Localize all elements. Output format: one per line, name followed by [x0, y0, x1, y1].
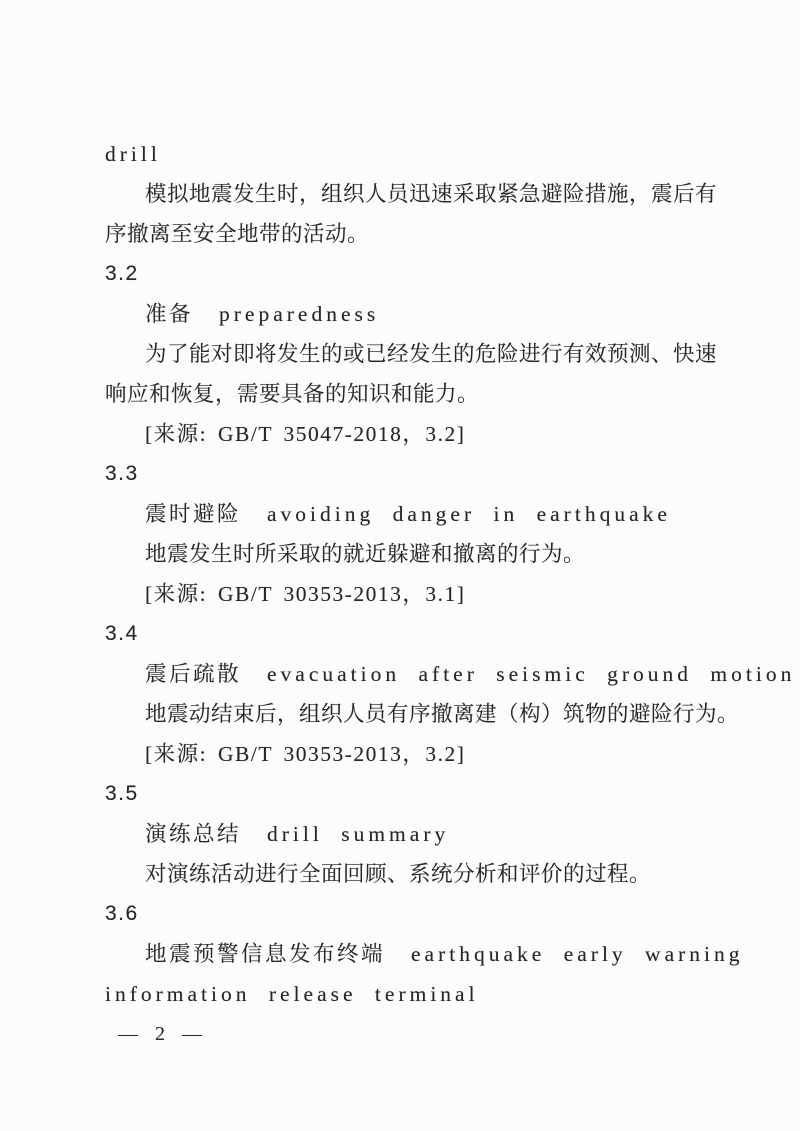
- term-chinese: 震后疏散: [145, 662, 241, 686]
- definition-line: 地震发生时所采取的就近躲避和撤离的行为。: [105, 534, 725, 574]
- term-english-line: information release terminal: [105, 974, 725, 1014]
- term-english: preparedness: [219, 302, 379, 326]
- term-english: avoiding danger in earthquake: [267, 502, 671, 526]
- term-line: 准备preparedness: [105, 294, 725, 334]
- term-chinese: 震时避险: [145, 502, 241, 526]
- source-reference-line: [来源: GB/T 35047-2018，3.2]: [105, 414, 725, 454]
- term-chinese: 演练总结: [145, 822, 241, 846]
- term-english: drill summary: [267, 822, 449, 846]
- section-number: 3.6: [105, 894, 725, 934]
- definition-line: 响应和恢复，需要具备的知识和能力。: [105, 374, 725, 414]
- term-line: 地震预警信息发布终端earthquake early warning: [105, 934, 725, 974]
- source-reference-line: [来源: GB/T 30353-2013，3.2]: [105, 734, 725, 774]
- definition-line: 地震动结束后，组织人员有序撤离建（构）筑物的避险行为。: [105, 694, 725, 734]
- definition-line: 为了能对即将发生的或已经发生的危险进行有效预测、快速: [105, 334, 725, 374]
- term-english-line: drill: [105, 134, 725, 174]
- term-chinese: 地震预警信息发布终端: [145, 942, 385, 966]
- term-chinese: 准备: [145, 302, 193, 326]
- definition-line: 模拟地震发生时，组织人员迅速采取紧急避险措施，震后有: [105, 174, 725, 214]
- definition-line: 序撤离至安全地带的活动。: [105, 214, 725, 254]
- page-number: — 2 —: [118, 1014, 205, 1054]
- definition-line: 对演练活动进行全面回顾、系统分析和评价的过程。: [105, 854, 725, 894]
- term-line: 震后疏散evacuation after seismic ground moti…: [105, 654, 725, 694]
- document-page: drill模拟地震发生时，组织人员迅速采取紧急避险措施，震后有序撤离至安全地带的…: [0, 0, 800, 1131]
- section-number: 3.3: [105, 454, 725, 494]
- section-number: 3.4: [105, 614, 725, 654]
- term-english: evacuation after seismic ground motion: [267, 662, 795, 686]
- term-english: earthquake early warning: [411, 942, 743, 966]
- term-line: 震时避险avoiding danger in earthquake: [105, 494, 725, 534]
- section-number: 3.5: [105, 774, 725, 814]
- source-reference-line: [来源: GB/T 30353-2013，3.1]: [105, 574, 725, 614]
- document-body: drill模拟地震发生时，组织人员迅速采取紧急避险措施，震后有序撤离至安全地带的…: [105, 134, 725, 1014]
- term-line: 演练总结drill summary: [105, 814, 725, 854]
- section-number: 3.2: [105, 254, 725, 294]
